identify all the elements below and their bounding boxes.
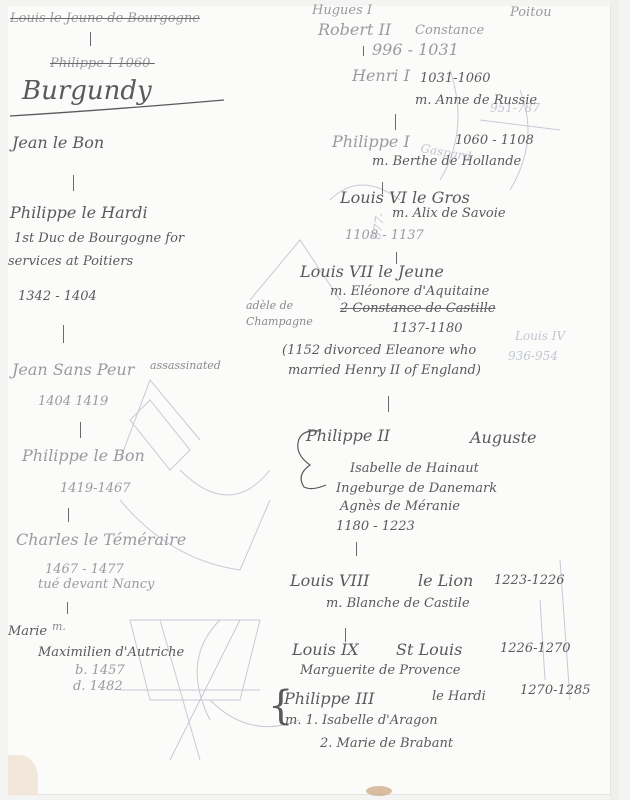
entry-spouse: Agnès de Méranie [340, 500, 460, 513]
spouse-prefix: m. [52, 621, 66, 632]
entry-note: tué devant Nancy [38, 578, 154, 591]
entry-note: married Henry II of England) [288, 364, 481, 377]
entry-epithet: le Lion [418, 573, 473, 589]
entry-philippe-i: Philippe I [332, 134, 410, 150]
lineage-connector [67, 602, 68, 614]
entry-philippe-iii: Philippe III [284, 691, 374, 707]
entry-dates: 1404 1419 [38, 395, 108, 408]
entry-henri-i: Henri I [352, 68, 410, 84]
entry-spouse: m. Blanche de Castile [326, 597, 470, 610]
entry-spouse: Marguerite de Provence [300, 664, 460, 677]
margin-note: adèle de [246, 300, 293, 311]
entry-louis-ix: Louis IX [292, 642, 359, 658]
crossed-heading: Louis le Jeune de Bourgogne [10, 12, 200, 25]
underline-stroke [8, 96, 228, 120]
entry-spouse: Isabelle de Hainaut [350, 462, 479, 475]
lineage-connector [73, 175, 74, 191]
entry-dates: 1467 - 1477 [45, 563, 124, 576]
entry-epithet: St Louis [396, 642, 462, 658]
entry-dates: 1031-1060 [420, 72, 491, 85]
svg-text:Louis IV: Louis IV [514, 329, 566, 343]
entry-dates: 1419-1467 [60, 482, 131, 495]
paper-stain [366, 786, 392, 796]
entry-birth: b. 1457 [75, 664, 125, 677]
entry-epithet: Auguste [470, 430, 537, 446]
entry-hugues: Hugues I [312, 4, 372, 17]
entry-spouse: Maximilien d'Autriche [38, 646, 184, 659]
lineage-connector [80, 422, 81, 438]
entry-charles-le-temeraire: Charles le Téméraire [16, 532, 186, 548]
entry-louis-vii: Louis VII le Jeune [300, 264, 444, 280]
entry-epithet: le Hardi [432, 690, 486, 703]
lineage-connector [63, 325, 64, 343]
entry-louis-viii: Louis VIII [290, 573, 370, 589]
entry-jean-le-bon: Jean le Bon [12, 135, 104, 151]
entry-dates: 1137-1180 [392, 322, 463, 335]
svg-text:936-954: 936-954 [508, 349, 558, 363]
entry-dates: 1180 - 1223 [336, 520, 415, 533]
entry-dates: 1226-1270 [500, 642, 571, 655]
entry-philippe-le-hardi: Philippe le Hardi [10, 205, 148, 221]
lineage-connector [363, 46, 364, 56]
entry-note: 1st Duc de Bourgogne for [14, 232, 184, 245]
entry-spouse: m. Berthe de Hollande [372, 155, 521, 168]
crossed-note: Philippe I 1060- [50, 57, 155, 70]
entry-dates: 996 - 1031 [372, 42, 459, 58]
entry-spouse: m. Anne de Russie [415, 94, 537, 107]
entry-spouse: m. Eléonore d'Aquitaine [330, 285, 489, 298]
bracket-stroke [290, 425, 330, 495]
entry-dates: 1223-1226 [494, 574, 565, 587]
entry-spouse: Poitou [510, 6, 552, 19]
entry-robert-ii: Robert II [318, 22, 391, 38]
entry-jean-sans-peur: Jean Sans Peur [12, 362, 134, 378]
entry-dates: 1060 - 1108 [455, 134, 534, 147]
entry-spouse: Constance [415, 24, 484, 37]
lineage-connector [90, 32, 91, 46]
lineage-connector [395, 114, 396, 130]
entry-dates: 1342 - 1404 [18, 290, 97, 303]
entry-marie: Marie [8, 625, 47, 638]
entry-spouse: m. Alix de Savoie [392, 207, 506, 220]
entry-dates: 1108 - 1137 [345, 229, 424, 242]
entry-spouse-crossed: 2 Constance de Castille [340, 302, 496, 315]
entry-spouse: m. 1. Isabelle d'Aragon [285, 714, 438, 727]
margin-note: Champagne [246, 316, 313, 327]
lineage-connector [388, 396, 389, 412]
entry-note: (1152 divorced Eleanore who [282, 344, 476, 357]
entry-spouse: Ingeburge de Danemark [336, 482, 497, 495]
entry-note: assassinated [150, 360, 221, 371]
entry-note: services at Poitiers [8, 255, 133, 268]
entry-louis-vi: Louis VI le Gros [340, 190, 470, 206]
entry-dates: 1270-1285 [520, 684, 591, 697]
lineage-connector [68, 508, 69, 522]
entry-spouse: 2. Marie de Brabant [320, 737, 453, 750]
lineage-connector [356, 542, 357, 556]
entry-philippe-le-bon: Philippe le Bon [22, 448, 145, 464]
entry-death: d. 1482 [73, 680, 123, 693]
